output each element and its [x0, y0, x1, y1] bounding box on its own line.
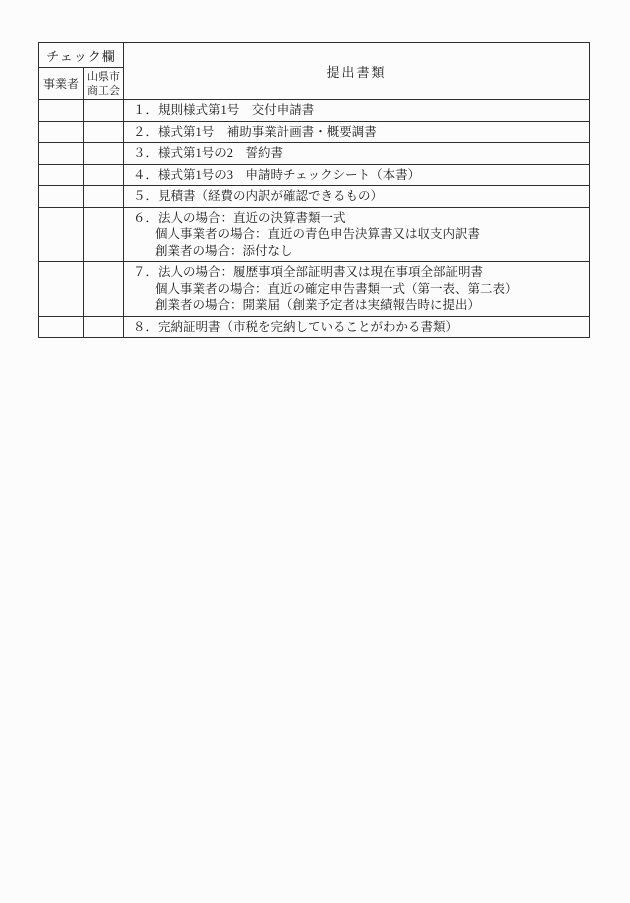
- table-row-1: １．規則様式第1号 交付申請書: [39, 100, 590, 122]
- table-row-7: ７．法人の場合：履歴事項全部証明書又は現在事項全部証明書 個人事業者の場合：直近…: [39, 262, 590, 317]
- check-cell-business: [39, 207, 84, 262]
- business-operator-header: 事業者: [39, 68, 84, 100]
- check-cell-business: [39, 100, 84, 122]
- check-cell-chamber: [84, 207, 124, 262]
- document-page: チェック欄 提出書類 事業者 山県市 商工会 １．規則様式第1号 交付申請書 ２…: [0, 0, 630, 903]
- check-cell-chamber: [84, 143, 124, 165]
- check-cell-business: [39, 143, 84, 165]
- submission-checklist-table: チェック欄 提出書類 事業者 山県市 商工会 １．規則様式第1号 交付申請書 ２…: [38, 42, 590, 338]
- document-item-text: ２．様式第1号 補助事業計画書・概要調書: [133, 124, 583, 141]
- document-item-text: １．規則様式第1号 交付申請書: [133, 102, 583, 119]
- check-cell-chamber: [84, 262, 124, 317]
- check-cell-business: [39, 121, 84, 143]
- document-item-7: ７．法人の場合：履歴事項全部証明書又は現在事項全部証明書 個人事業者の場合：直近…: [124, 262, 590, 317]
- document-item-text: ５．見積書（経費の内訳が確認できるもの）: [133, 188, 583, 205]
- document-item-text: ３．様式第1号の2 誓約書: [133, 145, 583, 162]
- document-item-text-continuation: 創業者の場合：開業届（創業予定者は実績報告時に提出）: [133, 297, 583, 314]
- check-cell-business: [39, 316, 84, 338]
- table-row-5: ５．見積書（経費の内訳が確認できるもの）: [39, 186, 590, 208]
- document-item-2: ２．様式第1号 補助事業計画書・概要調書: [124, 121, 590, 143]
- document-item-text: ７．法人の場合：履歴事項全部証明書又は現在事項全部証明書: [133, 264, 583, 281]
- check-cell-business: [39, 186, 84, 208]
- check-cell-chamber: [84, 316, 124, 338]
- document-item-text: ６．法人の場合：直近の決算書類一式: [133, 210, 583, 227]
- document-item-5: ５．見積書（経費の内訳が確認できるもの）: [124, 186, 590, 208]
- table-row-8: ８．完納証明書（市税を完納していることがわかる書類）: [39, 316, 590, 338]
- document-item-1: １．規則様式第1号 交付申請書: [124, 100, 590, 122]
- header-row-check: チェック欄 提出書類: [39, 43, 590, 68]
- documents-column-header: 提出書類: [124, 43, 590, 100]
- document-item-3: ３．様式第1号の2 誓約書: [124, 143, 590, 165]
- chamber-header-line2: 商工会: [84, 84, 123, 98]
- check-cell-business: [39, 164, 84, 186]
- document-item-text-continuation: 個人事業者の場合：直近の青色申告決算書又は収支内訳書: [133, 226, 583, 243]
- document-item-text: ４．様式第1号の3 申請時チェックシート（本書）: [133, 167, 583, 184]
- table-row-6: ６．法人の場合：直近の決算書類一式 個人事業者の場合：直近の青色申告決算書又は収…: [39, 207, 590, 262]
- chamber-header-line1: 山県市: [84, 70, 123, 84]
- check-cell-chamber: [84, 100, 124, 122]
- table-row-2: ２．様式第1号 補助事業計画書・概要調書: [39, 121, 590, 143]
- check-cell-chamber: [84, 164, 124, 186]
- check-cell-chamber: [84, 121, 124, 143]
- table-row-3: ３．様式第1号の2 誓約書: [39, 143, 590, 165]
- document-item-8: ８．完納証明書（市税を完納していることがわかる書類）: [124, 316, 590, 338]
- document-item-4: ４．様式第1号の3 申請時チェックシート（本書）: [124, 164, 590, 186]
- check-cell-business: [39, 262, 84, 317]
- document-item-text-continuation: 創業者の場合：添付なし: [133, 243, 583, 260]
- document-item-text: ８．完納証明書（市税を完納していることがわかる書類）: [133, 319, 583, 336]
- document-item-6: ６．法人の場合：直近の決算書類一式 個人事業者の場合：直近の青色申告決算書又は収…: [124, 207, 590, 262]
- chamber-of-commerce-header: 山県市 商工会: [84, 68, 124, 100]
- check-column-header: チェック欄: [39, 43, 124, 68]
- table-row-4: ４．様式第1号の3 申請時チェックシート（本書）: [39, 164, 590, 186]
- check-cell-chamber: [84, 186, 124, 208]
- document-item-text-continuation: 個人事業者の場合：直近の確定申告書類一式（第一表、第二表）: [133, 281, 583, 298]
